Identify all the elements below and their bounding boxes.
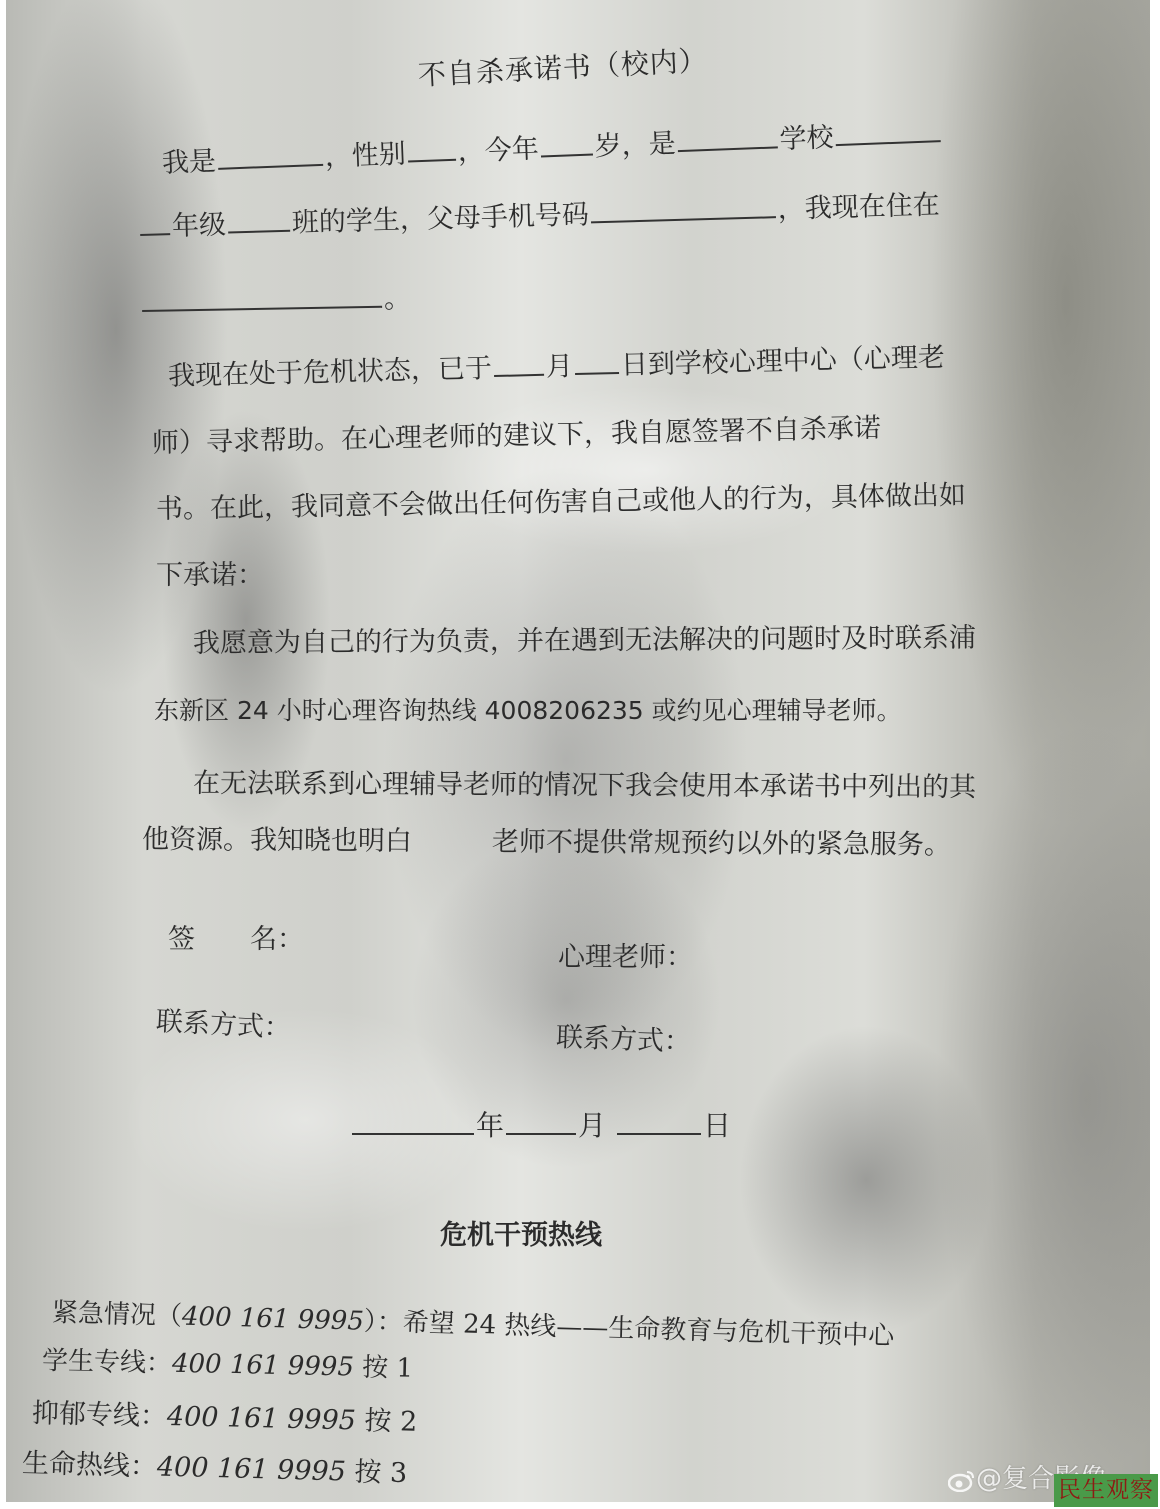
label-grade: 年级 [172,210,227,242]
hotline-label: 生命热线： [22,1448,158,1483]
hotline-student: 学生专线：400 161 9995 按 1 [42,1348,414,1382]
class-blank [228,229,290,234]
para3-line-2: 他资源。我知晓也明白老师不提供常规预约以外的紧急服务。 [142,826,951,859]
hotline-extension: 按 3 [354,1457,408,1489]
school-extra-blank [836,139,941,146]
gender-blank [408,158,456,163]
para3-text-a: 他资源。我知晓也明白 [142,824,412,857]
age-blank [541,152,593,157]
hotline-number: 400 161 9995 [157,1452,347,1488]
parent-phone-blank [591,215,776,223]
month-label: 月 [578,1109,606,1142]
para3-text-b: 老师不提供常规预约以外的紧急服务。 [492,826,951,860]
hotline-label: 学生专线： [42,1346,173,1379]
hotline-number: 400 161 9995 [167,1401,357,1436]
month-blank [494,373,544,377]
student-signature-label: 签名： [168,926,304,953]
hotline-extension: 按 1 [362,1353,413,1384]
grade-blank [140,232,170,236]
hotline-section-title: 危机干预热线 [440,1222,602,1249]
address-blank [142,305,382,312]
period: 。 [384,283,412,314]
para3-line-1: 在无法联系到心理辅导老师的情况下我会使用本承诺书中列出的其 [193,770,976,801]
day-label: 日 [703,1109,731,1142]
label-address: ，我现在住在 [777,190,940,226]
sign-char-2: 名： [250,924,304,955]
school-blank [678,145,778,152]
day-blank [575,371,619,375]
weibo-icon [948,1468,976,1492]
label-school: 岁，是 [594,128,676,162]
para1-line-4: 下承诺： [156,562,264,589]
month-blank-date [506,1132,576,1135]
para2-line-1: 我愿意为自己的行为负责，并在遇到无法解决的问题时及时联系浦 [193,625,976,657]
label-school-suffix: 学校 [779,122,834,155]
sign-char-1: 签 [168,924,195,955]
year-blank [352,1132,474,1135]
label-age: ，今年 [457,134,539,168]
hotline-label: 抑郁专线： [32,1398,168,1432]
name-blank [218,163,323,170]
emergency-number: 400 161 9995 [182,1302,365,1337]
teacher-contact-label: 联系方式： [556,1024,692,1056]
hotline-number: 400 161 9995 [172,1349,355,1383]
hotline-extension: 按 2 [364,1406,417,1438]
label-gender: ，性别 [324,139,406,173]
day-blank-date [617,1132,701,1135]
para1-month: 月 [546,351,574,383]
intro-line-3: 。 [140,285,411,317]
emergency-label: 紧急情况（ [52,1298,183,1332]
student-contact-label: 联系方式： [155,1008,291,1042]
label-name: 我是 [161,146,216,179]
date-line: 年月 日 [350,1112,731,1140]
teacher-signature-label: 心理老师： [558,944,693,971]
source-badge: 民生观察 [1054,1474,1158,1507]
year-label: 年 [476,1109,504,1142]
para2-line-2: 东新区 24 小时心理咨询热线 4008206235 或约见心理辅导老师。 [154,698,902,723]
